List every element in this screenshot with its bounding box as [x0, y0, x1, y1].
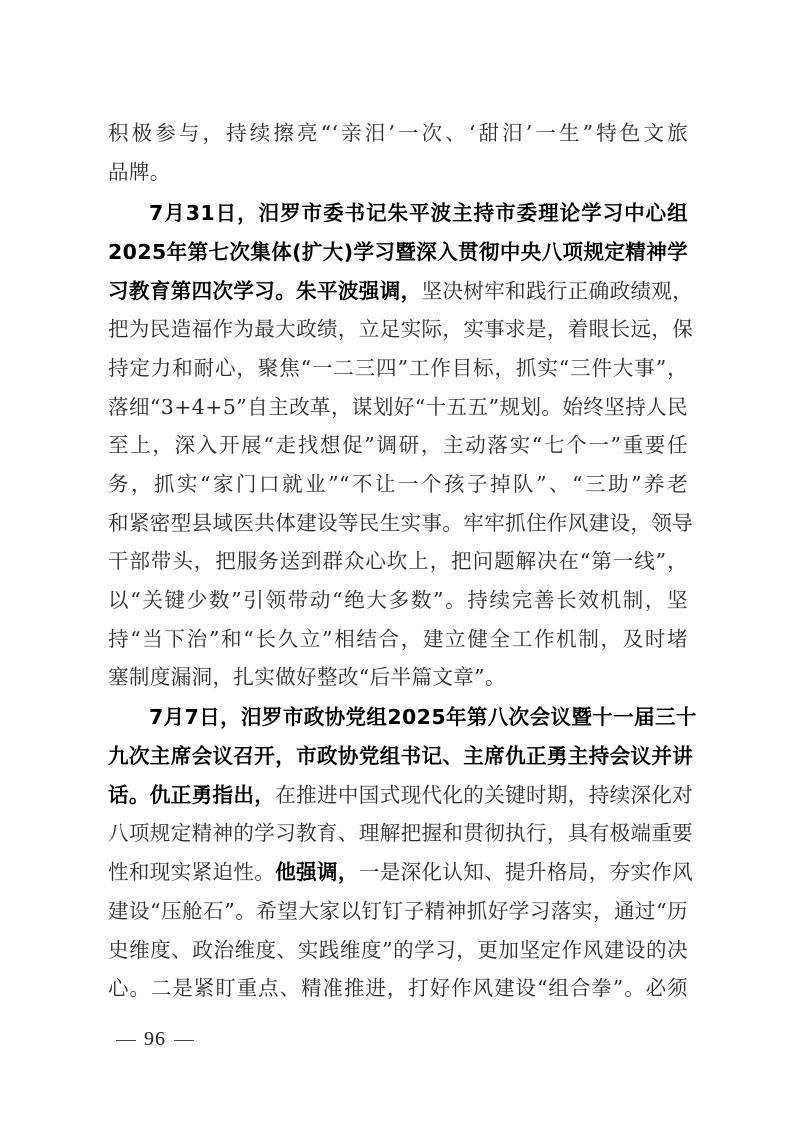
page-number: 96 [144, 1028, 166, 1050]
text-line: 九次主席会议召开，市政协党组书记、主席仇正勇主持会议并讲 [108, 740, 688, 772]
page-footer: 96 [108, 1028, 202, 1051]
bold-text: 话。仇正勇指出， [108, 783, 275, 807]
body-text-segment: 以“关键少数”引领带动“绝大多数”。持续完善长效机制，坚 [108, 588, 688, 612]
bold-text: 2025年第七次集体(扩大)学习暨深入贯彻中央八项规定精神学 [108, 240, 688, 264]
text-line: 持“当下治”和“长久立”相结合，建立健全工作机制，及时堵 [108, 623, 688, 655]
body-text-segment: 和紧密型县域医共体建设等民生实事。牢牢抓住作风建设，领导 [108, 511, 693, 535]
bold-text: 习教育第四次学习。朱平波强调， [108, 279, 422, 303]
body-text-segment: 品牌。 [108, 160, 171, 184]
footer-dash-right [174, 1040, 194, 1041]
text-line: 务，抓实“家门口就业”“不让一个孩子掉队”、“三助”养老 [108, 468, 688, 500]
body-text-segment: 史维度、政治维度、实践维度”的学习，更加坚定作风建设的决 [108, 938, 688, 962]
text-line: 落细“3+4+5”自主改革，谋划好“十五五”规划。始终坚持人民 [108, 391, 688, 423]
text-line: 史维度、政治维度、实践维度”的学习，更加坚定作风建设的决 [108, 934, 688, 966]
body-text-segment: 至上，深入开展“走找想促”调研，主动落实“七个一”重要任 [108, 433, 688, 457]
bold-text: 九次主席会议召开，市政协党组书记、主席仇正勇主持会议并讲 [108, 744, 693, 768]
body-text-segment: 在推进中国式现代化的关键时期，持续深化对 [275, 783, 693, 807]
text-line: 7月7日，汨罗市政协党组2025年第八次会议暨十一届三十 [149, 701, 688, 733]
bold-text: 7月7日，汨罗市政协党组2025年第八次会议暨十一届三十 [149, 705, 697, 729]
text-line: 持定力和耐心，聚焦“一二三四”工作目标，抓实“三件大事”， [108, 352, 688, 384]
text-line: 塞制度漏洞，扎实做好整改“后半篇文章”。 [108, 661, 688, 693]
text-line: 干部带头，把服务送到群众心坎上，把问题解决在“第一线”， [108, 545, 688, 577]
body-text-segment: 性和现实紧迫性。 [108, 860, 275, 884]
footer-dash-left [116, 1040, 136, 1041]
text-line: 建设“压舱石”。希望大家以钉钉子精神抓好学习落实，通过“历 [108, 895, 688, 927]
text-line: 习教育第四次学习。朱平波强调，坚决树牢和践行正确政绩观， [108, 275, 688, 307]
body-text-segment: 持定力和耐心，聚焦“一二三四”工作目标，抓实“三件大事”， [108, 356, 688, 380]
body-text-segment: 建设“压舱石”。希望大家以钉钉子精神抓好学习落实，通过“历 [108, 899, 688, 923]
body-text-segment: 心。二是紧盯重点、精准推进，打好作风建设“组合拳”。必须 [108, 976, 688, 1000]
text-line: 积极参与，持续擦亮“‘亲汨’一次、‘甜汨’一生”特色文旅 [108, 117, 688, 149]
body-text-segment: 塞制度漏洞，扎实做好整改“后半篇文章”。 [108, 665, 506, 689]
document-page: 积极参与，持续擦亮“‘亲汨’一次、‘甜汨’一生”特色文旅品牌。7月31日，汨罗市… [0, 0, 793, 1122]
body-text-segment: 落细“3+4+5”自主改革，谋划好“十五五”规划。始终坚持人民 [108, 395, 688, 419]
body-text-segment: 一是深化认知、提升格局，夯实作风 [359, 860, 693, 884]
body-text-segment: 持“当下治”和“长久立”相结合，建立健全工作机制，及时堵 [108, 627, 688, 651]
body-text-segment: 干部带头，把服务送到群众心坎上，把问题解决在“第一线”， [108, 549, 688, 573]
text-line: 把为民造福作为最大政绩，立足实际，实事求是，着眼长远，保 [108, 313, 688, 345]
text-line: 至上，深入开展“走找想促”调研，主动落实“七个一”重要任 [108, 429, 688, 461]
bold-text: 7月31日，汨罗市委书记朱平波主持市委理论学习中心组 [149, 201, 688, 225]
text-line: 话。仇正勇指出，在推进中国式现代化的关键时期，持续深化对 [108, 779, 688, 811]
text-line: 以“关键少数”引领带动“绝大多数”。持续完善长效机制，坚 [108, 584, 688, 616]
text-line: 心。二是紧盯重点、精准推进，打好作风建设“组合拳”。必须 [108, 972, 688, 1004]
body-text-segment: 积极参与，持续擦亮“‘亲汨’一次、‘甜汨’一生”特色文旅 [108, 121, 688, 145]
text-line: 八项规定精神的学习教育、理解把握和贯彻执行，具有极端重要 [108, 817, 688, 849]
bold-text: 他强调， [275, 860, 359, 884]
text-line: 性和现实紧迫性。他强调，一是深化认知、提升格局，夯实作风 [108, 856, 688, 888]
body-text-segment: 八项规定精神的学习教育、理解把握和贯彻执行，具有极端重要 [108, 821, 693, 845]
text-line: 2025年第七次集体(扩大)学习暨深入贯彻中央八项规定精神学 [108, 236, 688, 268]
text-line: 7月31日，汨罗市委书记朱平波主持市委理论学习中心组 [149, 197, 688, 229]
body-text-segment: 把为民造福作为最大政绩，立足实际，实事求是，着眼长远，保 [108, 317, 693, 341]
body-text-segment: 坚决树牢和践行正确政绩观， [422, 279, 694, 303]
body-text-segment: 务，抓实“家门口就业”“不让一个孩子掉队”、“三助”养老 [108, 472, 688, 496]
text-line: 和紧密型县域医共体建设等民生实事。牢牢抓住作风建设，领导 [108, 507, 688, 539]
text-line: 品牌。 [108, 156, 688, 188]
